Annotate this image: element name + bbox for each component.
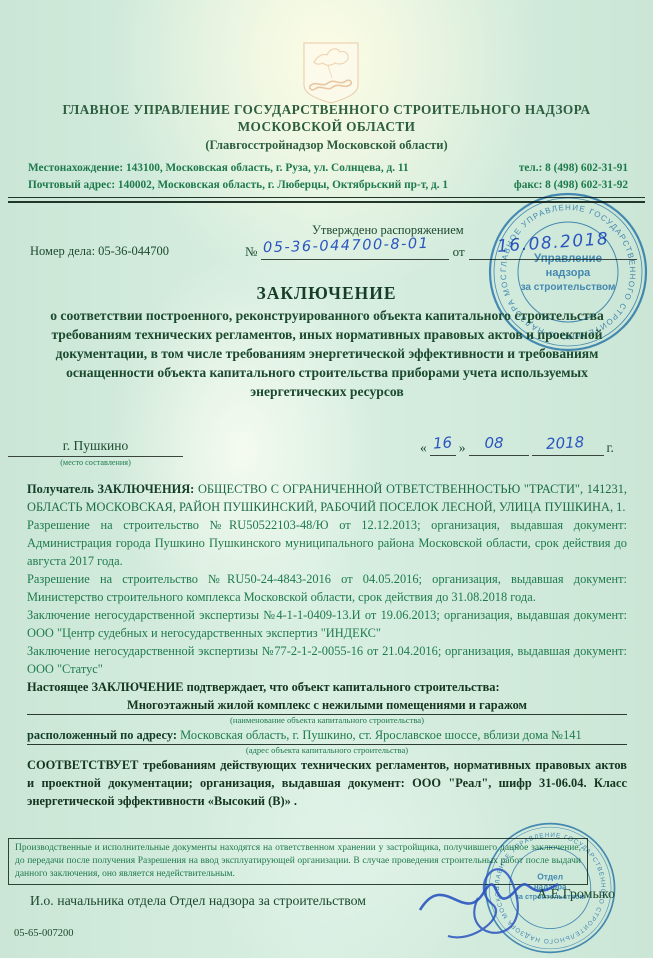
stamp-top-center-line2: надзора [546, 267, 592, 279]
day-fill-line: 16 [430, 438, 456, 456]
place-caption: (место составления) [8, 458, 183, 467]
object-name-caption: (наименование объекта капитального строи… [27, 715, 627, 726]
expertise-2-paragraph: Заключение негосударственной экспертизы … [27, 642, 627, 678]
document-body: Получатель ЗАКЛЮЧЕНИЯ: ОБЩЕСТВО С ОГРАНИ… [27, 480, 627, 810]
expertise-1-paragraph: Заключение негосударственной экспертизы … [27, 606, 627, 642]
recipient-label: Получатель ЗАКЛЮЧЕНИЯ: [27, 482, 194, 496]
place-of-issue: г. Пушкино [8, 438, 183, 457]
org-header: ГЛАВНОЕ УПРАВЛЕНИЕ ГОСУДАРСТВЕННОГО СТРО… [0, 101, 653, 154]
address-value: Московская область, г. Пушкино, ст. Ярос… [180, 728, 582, 742]
postal-address: Почтовый адрес: 140002, Московская облас… [28, 179, 448, 191]
coat-of-arms-icon [300, 40, 362, 106]
org-name-line2: МОСКОВСКОЙ ОБЛАСТИ [0, 118, 653, 135]
recipient-paragraph: Получатель ЗАКЛЮЧЕНИЯ: ОБЩЕСТВО С ОГРАНИ… [27, 480, 627, 516]
confirmation-line: Настоящее ЗАКЛЮЧЕНИЕ подтверждает, что о… [27, 678, 627, 696]
signer-title: И.о. начальника отдела Отдел надзора за … [30, 893, 366, 909]
year-fill-line: 2018 [532, 438, 604, 456]
permit-1-paragraph: Разрешение на строительство №RU50522103-… [27, 516, 627, 570]
address-label: расположенный по адресу: [27, 728, 177, 742]
handwritten-month: 08 [485, 434, 504, 452]
stamp-top-center-line1: Управление [534, 253, 602, 265]
handwritten-number: 05-36-044700-8-01 [262, 236, 429, 256]
document-title: ЗАКЛЮЧЕНИЕ [0, 283, 653, 304]
form-code: 05-65-007200 [14, 928, 74, 939]
contact-row-location: Местонахождение: 143100, Московская обла… [28, 162, 628, 174]
handwritten-day: 16 [432, 433, 452, 452]
permit-2-paragraph: Разрешение на строительство №RU50-24-484… [27, 570, 627, 606]
object-name: Многоэтажный жилой комплекс с нежилыми п… [27, 696, 627, 715]
number-fill-line: 05-36-044700-8-01 [261, 241, 449, 260]
location-address: Местонахождение: 143100, Московская обла… [28, 162, 409, 174]
year-suffix: г. [607, 440, 614, 456]
signer-name: А.Е.Громыко [537, 887, 615, 903]
org-name-line1: ГЛАВНОЕ УПРАВЛЕНИЕ ГОСУДАРСТВЕННОГО СТРО… [0, 101, 653, 118]
compliance-verdict: СООТВЕТСТВУЕТ [27, 758, 138, 772]
quote-open: « [420, 440, 427, 456]
quote-close: » [459, 440, 466, 456]
approved-by-line: Утверждено распоряжением [312, 223, 464, 238]
document-page: ГЛАВНОЕ УПРАВЛЕНИЕ ГОСУДАРСТВЕННОГО СТРО… [0, 0, 653, 958]
object-address-caption: (адрес объекта капитального строительств… [27, 745, 627, 756]
compliance-paragraph: СООТВЕТСТВУЕТ требованиям действующих те… [27, 756, 627, 810]
handwritten-year: 2018 [545, 433, 584, 453]
phone-number: тел.: 8 (498) 602-31-91 [519, 162, 628, 174]
month-fill-line: 08 [469, 438, 529, 456]
object-address-paragraph: расположенный по адресу: Московская обла… [27, 726, 627, 745]
org-short-name: (Главгосстройнадзор Московской области) [0, 137, 653, 154]
issue-date-row: « 16 » 08 2018 г. [420, 438, 614, 456]
number-sign: № [245, 244, 257, 260]
case-number: Номер дела: 05-36-044700 [30, 244, 169, 259]
ot-label: от [453, 244, 465, 260]
document-subtitle: о соответствии построенного, реконструир… [33, 306, 621, 401]
